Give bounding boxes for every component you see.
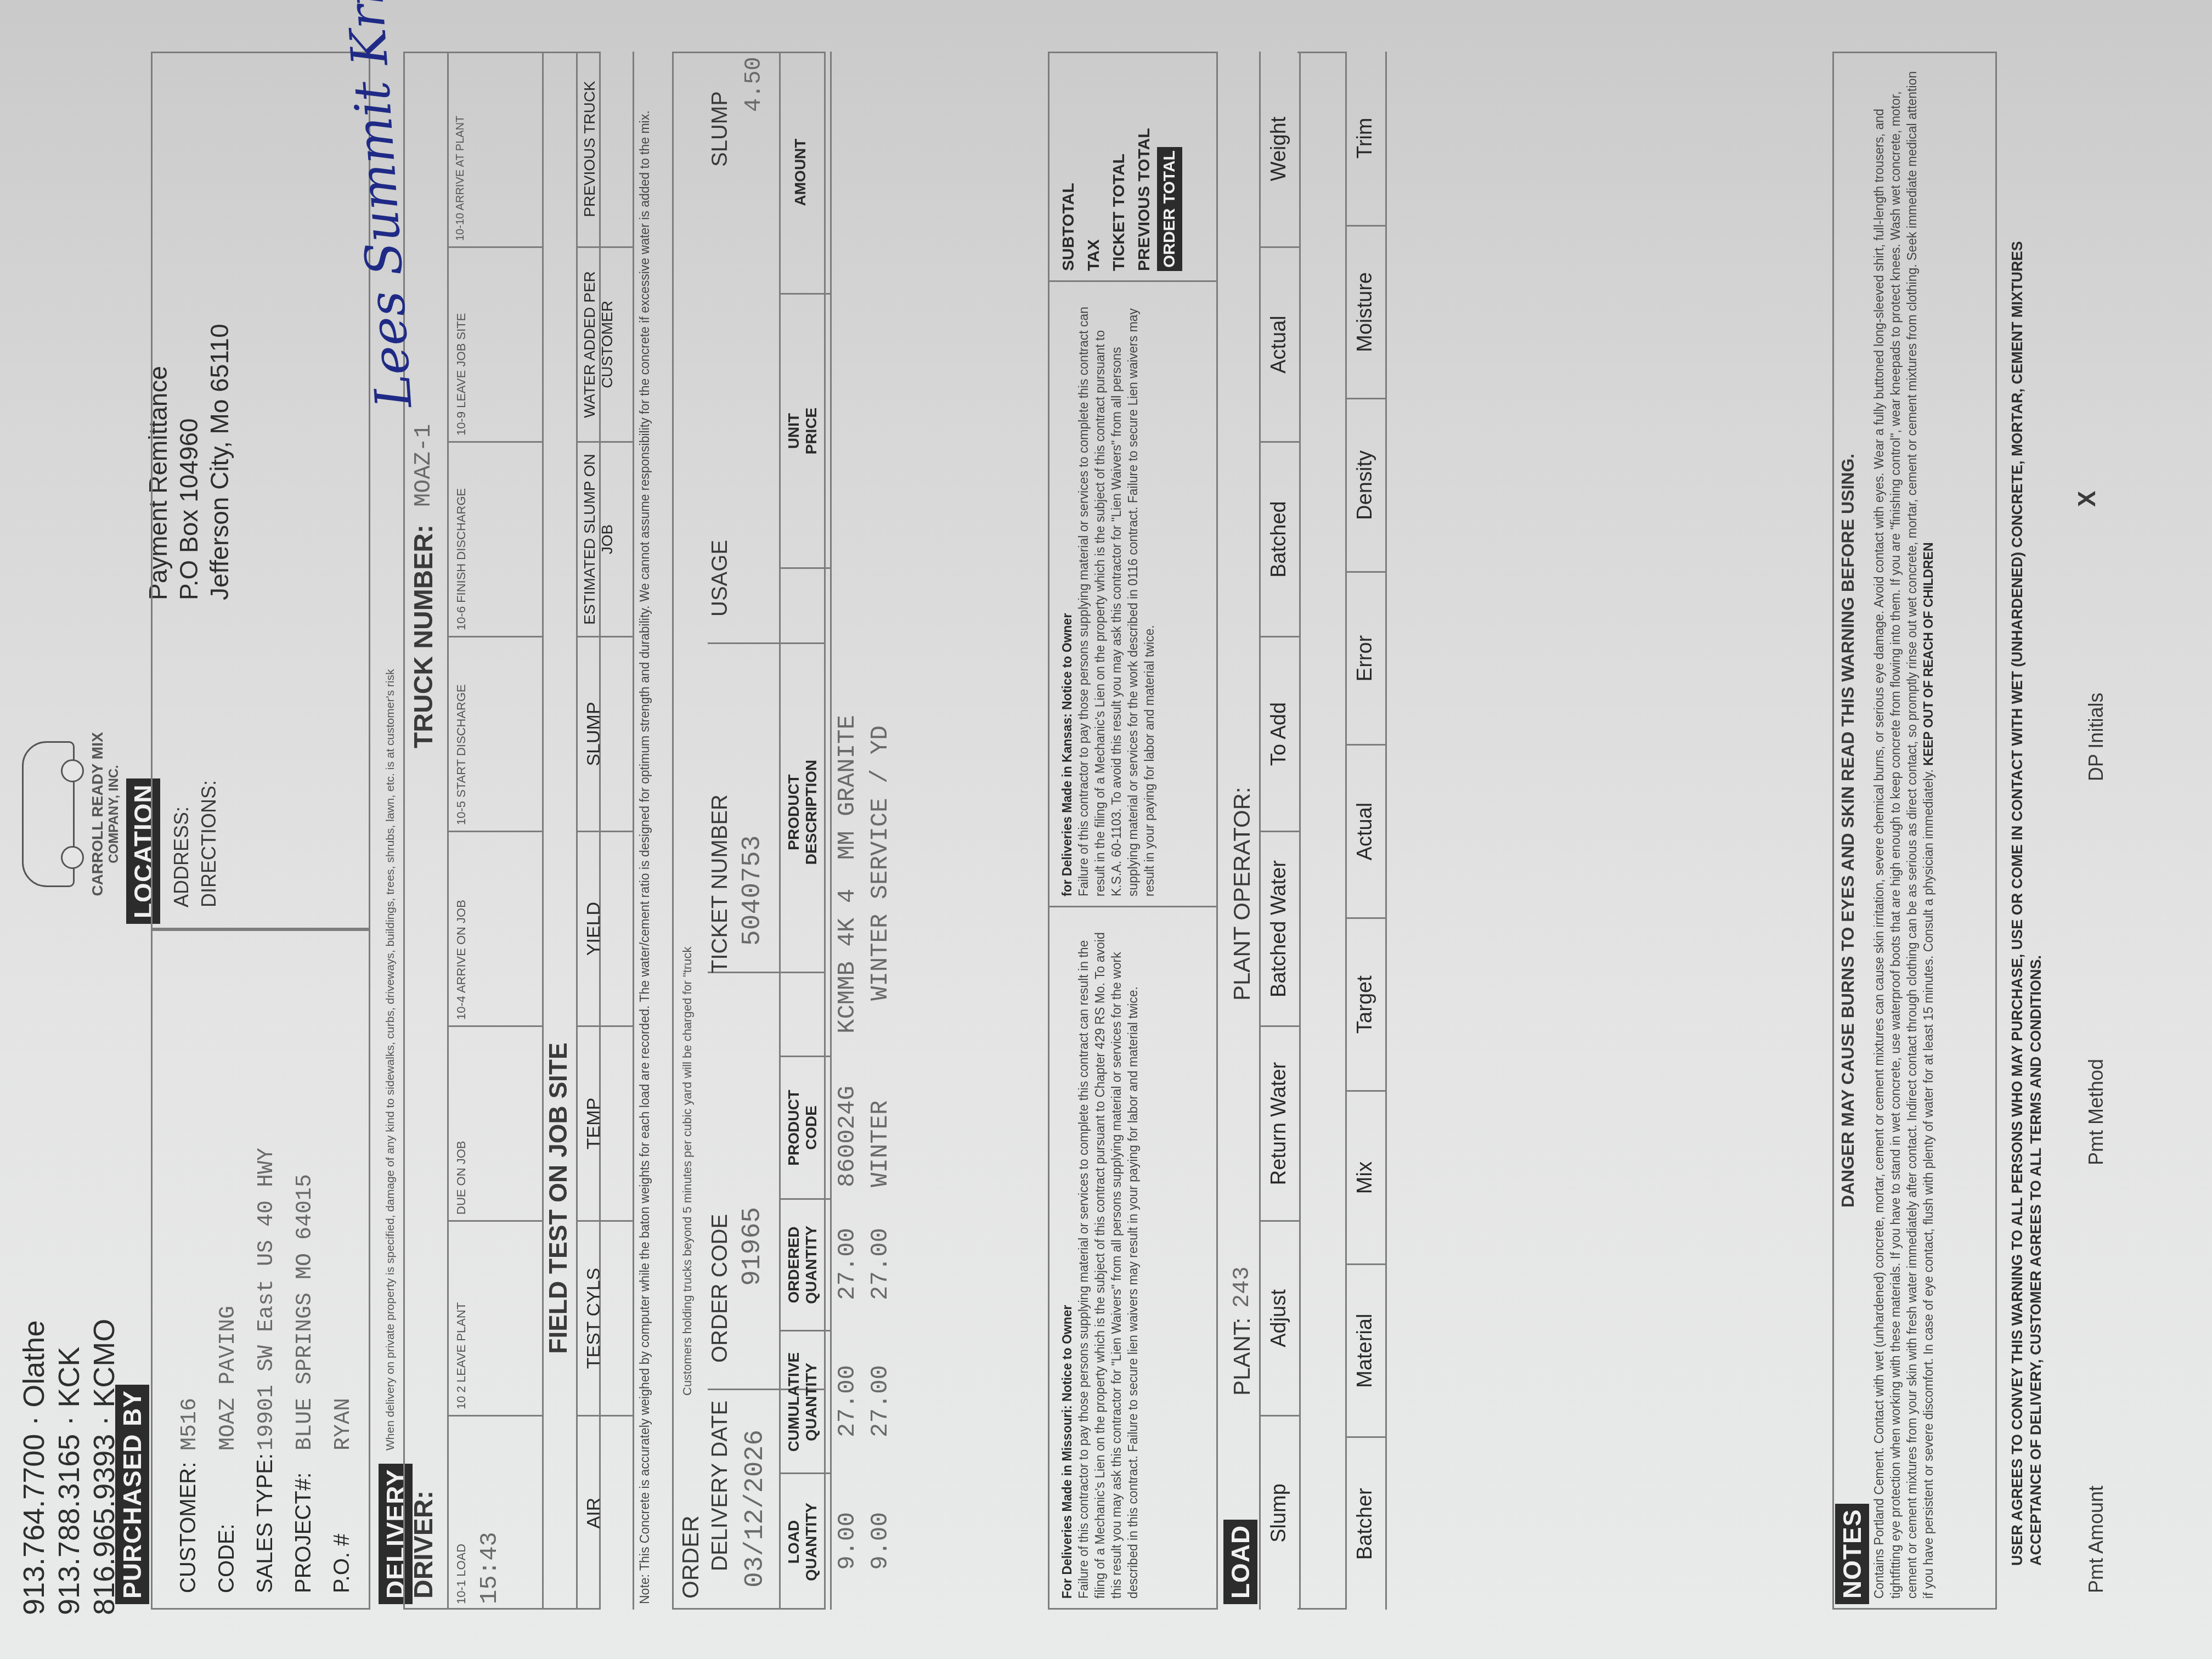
col-cumulative-quantity: CUMULATIVE QUANTITY [781, 1330, 830, 1472]
missouri-notice-text: Failure of this contractor to pay those … [1076, 932, 1140, 1599]
sales-type-field: SALES TYPE:19901 SW East US 40 HWY [247, 1148, 285, 1593]
time-grid: 10-1 LOAD15:43 10 2 LEAVE PLANT DUE ON J… [447, 52, 544, 1610]
code-field: CODE:MOAZ PAVING [208, 1148, 247, 1593]
driver-label: DRIVER: [409, 1491, 439, 1599]
field-water-added: WATER ADDED PER CUSTOMER [578, 246, 633, 441]
order-code-label: ORDER CODE [708, 1214, 732, 1363]
slump-value: 4.50 [741, 57, 767, 112]
dp-initials-label: DP Initials [2085, 693, 2108, 781]
table-row: 9.00 27.00 27.00 WINTER WINTER SERVICE /… [867, 52, 900, 1610]
purchased-by-fields: CUSTOMER:M516 CODE:MOAZ PAVING SALES TYP… [170, 1148, 362, 1593]
plant-value: 243 [1229, 1266, 1255, 1308]
load-batched: Batched [1261, 441, 1299, 636]
time-cell-arrive-plant: 10-10 ARRIVE AT PLANT [449, 52, 542, 246]
kansas-notice-title: for Deliveries Made in Kansas: Notice to… [1060, 613, 1074, 896]
col-product-code: PRODUCT CODE [781, 1056, 830, 1198]
location-box [151, 52, 370, 929]
plant-label: PLANT: [1229, 1318, 1255, 1396]
line-items-header: LOAD QUANTITY CUMULATIVE QUANTITY ORDERE… [779, 52, 832, 1610]
load-moisture: Moisture [1347, 225, 1385, 398]
missouri-notice: For Deliveries Made in Missouri: Notice … [1059, 913, 1141, 1599]
notes-body: Contains Portland Cement. Contact with w… [1871, 63, 1937, 1599]
table-row: 9.00 27.00 27.00 860024G KCMMB 4K 4 MM G… [834, 52, 867, 1610]
field-test-cyls: TEST CYLS [578, 1220, 633, 1415]
field-temp: TEMP [578, 1025, 633, 1220]
missouri-notice-title: For Deliveries Made in Missouri: Notice … [1060, 1305, 1074, 1599]
line-items-body: 9.00 27.00 27.00 860024G KCMMB 4K 4 MM G… [834, 52, 900, 1610]
load-error: Error [1347, 571, 1385, 744]
field-yield: YIELD [578, 831, 633, 1025]
address-label: ADDRESS: [170, 806, 193, 907]
field-slump: SLUMP [578, 636, 633, 831]
load-weight: Weight [1261, 52, 1299, 246]
customer-field: CUSTOMER:M516 [170, 1148, 208, 1593]
delivery-date-label: DELIVERY DATE [708, 1401, 732, 1571]
load-trim: Trim [1347, 52, 1385, 225]
load-row-1: Slump Adjust Return Water Batched Water … [1259, 52, 1301, 1610]
order-label: ORDER [678, 1515, 704, 1599]
col-load-quantity: LOAD QUANTITY [781, 1472, 830, 1610]
ticket-total-label: TICKET TOTAL [1107, 128, 1132, 271]
time-cell-arrive-on-job: 10-4 ARRIVE ON JOB [449, 831, 542, 1025]
subtotal-label: SUBTOTAL [1056, 128, 1081, 271]
tax-label: TAX [1081, 128, 1107, 271]
logo-text: CARROLL READY MIX [89, 699, 106, 929]
truck-number-label: TRUCK NUMBER: [409, 524, 439, 748]
pmt-method-label: Pmt Method [2085, 1059, 2108, 1165]
previous-total-label: PREVIOUS TOTAL [1132, 128, 1157, 271]
truck-logo-icon [22, 741, 75, 887]
phone-olathe: 913.764.7700 · Olathe [16, 1319, 52, 1615]
field-test-grid: AIR TEST CYLS TEMP YIELD SLUMP ESTIMATED… [576, 52, 634, 1610]
phone-list: 913.764.7700 · Olathe 913.788.3165 · KCK… [16, 1319, 122, 1615]
load-badge: LOAD [1223, 1520, 1257, 1604]
time-cell-leave-plant: 10 2 LEAVE PLANT [449, 1220, 542, 1415]
logo-subtext: COMPANY, INC. [106, 699, 122, 929]
time-cell-start-discharge: 10-5 START DISCHARGE [449, 636, 542, 831]
totals-labels: SUBTOTAL TAX TICKET TOTAL PREVIOUS TOTAL… [1056, 128, 1182, 271]
pmt-amount-label: Pmt Amount [2085, 1486, 2108, 1593]
field-air: AIR [578, 1415, 633, 1610]
load-batched-water: Batched Water [1261, 831, 1299, 1025]
usage-label: USAGE [708, 540, 732, 617]
field-estimated-slump: ESTIMATED SLUMP ON JOB [578, 441, 633, 636]
company-logo: CARROLL READY MIX COMPANY, INC. [22, 699, 132, 929]
load-material: Material [1347, 1263, 1385, 1437]
po-field: P.O. #RYAN [324, 1148, 362, 1593]
kansas-notice-text: Failure of this contractor to pay those … [1076, 307, 1156, 896]
ticket-number-label: TICKET NUMBER [708, 794, 732, 973]
load-slump: Slump [1261, 1415, 1299, 1610]
load-actual-2: Actual [1347, 744, 1385, 917]
time-cell-finish-discharge: 10-6 FINISH DISCHARGE [449, 441, 542, 636]
load-return-water: Return Water [1261, 1025, 1299, 1220]
load-density: Density [1347, 398, 1385, 571]
signature-x[interactable]: X [2074, 491, 2101, 507]
col-ordered-quantity: ORDERED QUANTITY [781, 1198, 830, 1330]
purchased-by-badge: PURCHASED BY [115, 1385, 149, 1604]
time-cell-load: 10-1 LOAD15:43 [449, 1415, 542, 1610]
delivery-date: 03/12/2026 [741, 1430, 770, 1588]
load-batcher: Batcher [1347, 1436, 1385, 1610]
load-target: Target [1347, 917, 1385, 1091]
field-previous-truck: PREVIOUS TRUCK [578, 52, 633, 246]
load-actual: Actual [1261, 246, 1299, 441]
holding-note: Customers holding trucks beyond 5 minute… [680, 946, 695, 1396]
danger-heading: DANGER MAY CAUSE BURNS TO EYES AND SKIN … [1838, 52, 1858, 1610]
agreement-text: USER AGREES TO CONVEY THIS WARNING TO AL… [2008, 194, 2045, 1566]
load-mix: Mix [1347, 1090, 1385, 1263]
kansas-notice: for Deliveries Made in Kansas: Notice to… [1059, 293, 1158, 896]
time-cell-leave-job-site: 10-9 LEAVE JOB SITE [449, 246, 542, 441]
order-code: 91965 [738, 1207, 768, 1286]
ticket-number: 5040753 [738, 835, 768, 946]
delivery-ticket: 913.764.7700 · Olathe 913.788.3165 · KCK… [0, 0, 2212, 1659]
truck-number-value: MOAZ-1 [410, 424, 437, 507]
col-unit-price: UNIT PRICE [781, 293, 830, 567]
load-to-add: To Add [1261, 636, 1299, 831]
delivery-notice: When delivery on private property is spe… [384, 669, 397, 1451]
time-cell-due-on-job: DUE ON JOB [449, 1025, 542, 1220]
order-total-label: ORDER TOTAL [1157, 147, 1182, 271]
load-row-2: Batcher Material Mix Target Actual Error… [1347, 52, 1387, 1610]
project-field: PROJECT#:BLUE SPRINGS MO 64015 [285, 1148, 324, 1593]
plant-operator-label: PLANT OPERATOR: [1229, 787, 1255, 1001]
col-product-description: PRODUCT DESCRIPTION [781, 567, 830, 1056]
col-amount: AMOUNT [781, 52, 830, 293]
phone-kck: 913.788.3165 · KCK [52, 1319, 87, 1615]
field-test-title: FIELD TEST ON JOB SITE [543, 787, 573, 1610]
directions-label: DIRECTIONS: [198, 780, 221, 907]
weighing-note: Note: This Concrete is accurately weighe… [636, 68, 653, 1604]
slump-label: SLUMP [708, 91, 732, 167]
load-adjust: Adjust [1261, 1220, 1299, 1415]
